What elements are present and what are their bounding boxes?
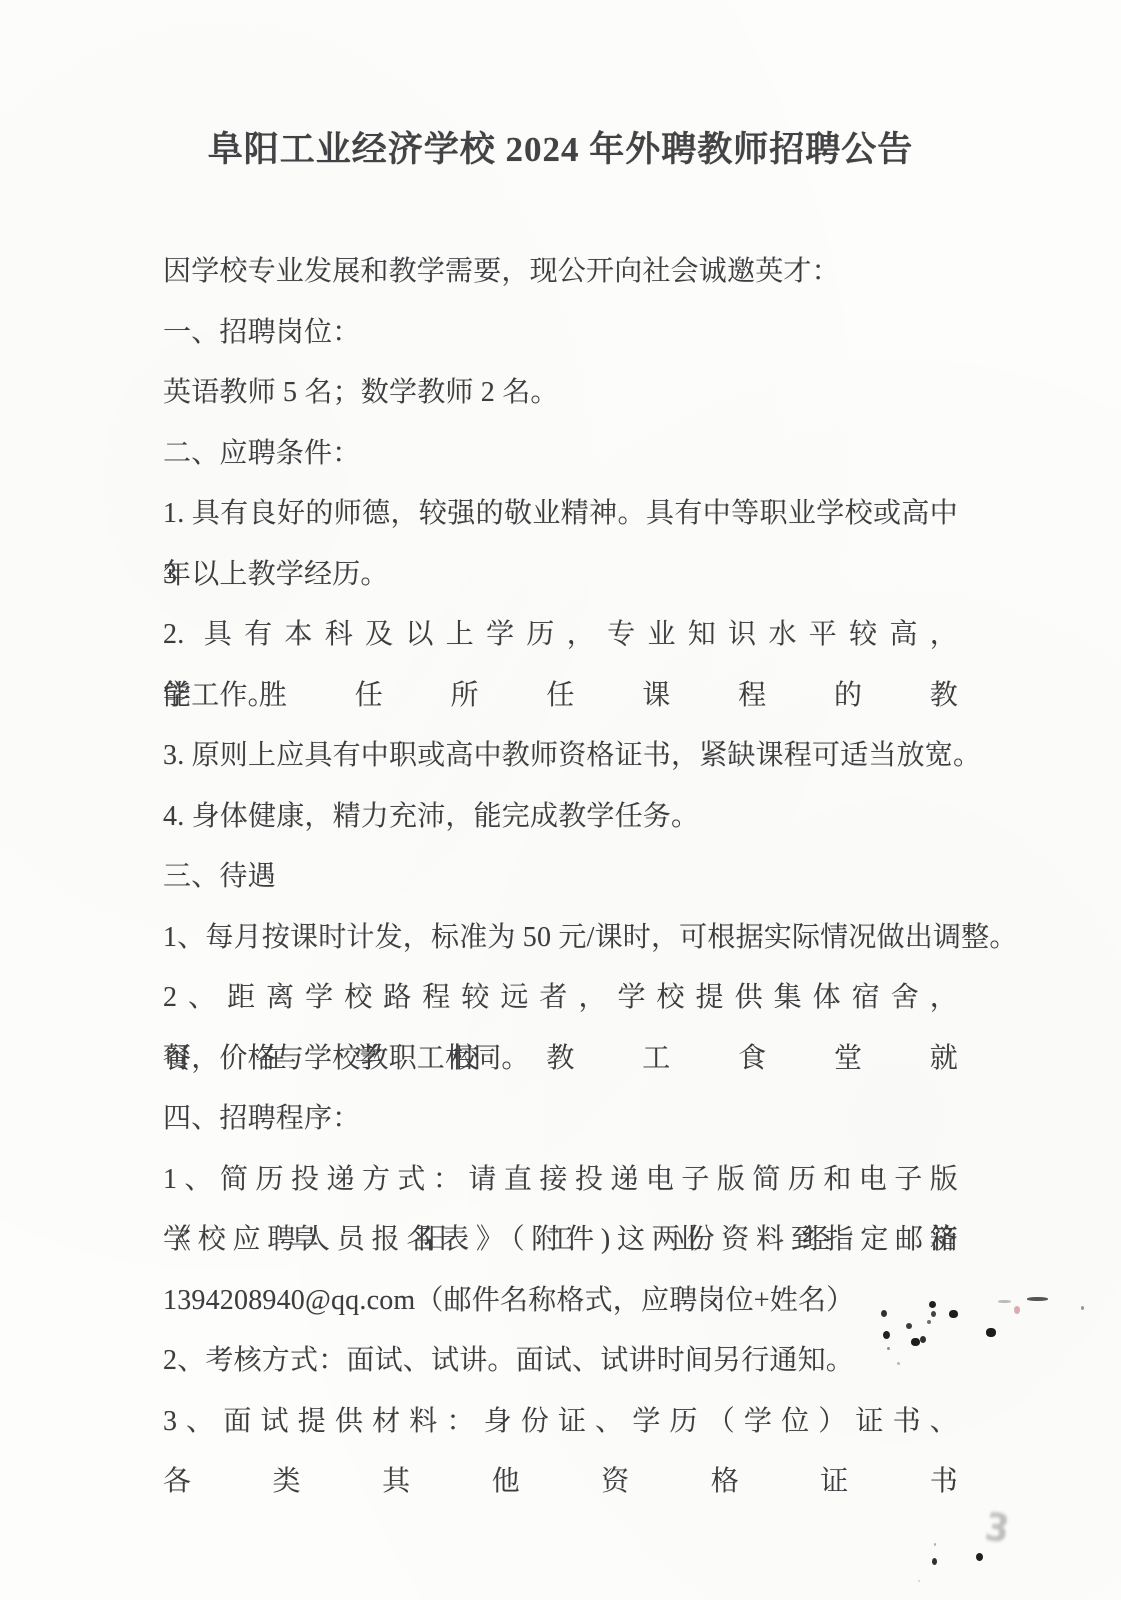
text-line: 英语教师 5 名；数学教师 2 名。 — [163, 363, 958, 424]
ink-speck — [1014, 1306, 1020, 1314]
text-line: 二、应聘条件： — [163, 424, 958, 485]
text-line: 2. 具有本科及以上学历，专业知识水平较高，能胜任所任课程的教 — [163, 605, 958, 666]
text-line: 年以上教学经历。 — [163, 545, 958, 606]
text-line: 4. 身体健康，精力充沛，能完成教学任务。 — [163, 787, 958, 848]
document-title: 阜阳工业经济学校 2024 年外聘教师招聘公告 — [0, 126, 1121, 174]
text-line: 3、面试提供材料：身份证、学历（学位）证书、各类其他资格证书 — [163, 1392, 958, 1453]
ink-smudge: 3 — [982, 1505, 1012, 1552]
text-line: 学校应聘人员报名表》（附件)这两份资料到指定邮箱 — [163, 1210, 958, 1271]
text-line: 1. 具有良好的师德，较强的敬业精神。具有中等职业学校或高中 3 — [163, 484, 958, 545]
text-line: 1、每月按课时计发，标准为 50 元/课时，可根据实际情况做出调整。 — [163, 908, 958, 969]
text-line: 三、待遇 — [163, 847, 958, 908]
ink-speck — [976, 1553, 983, 1561]
document-body: 因学校专业发展和教学需要，现公开向社会诚邀英才： 一、招聘岗位： 英语教师 5 … — [163, 242, 958, 1452]
text-line: 2、考核方式：面试、试讲。面试、试讲时间另行通知。 — [163, 1331, 958, 1392]
text-line: 因学校专业发展和教学需要，现公开向社会诚邀英才： — [163, 242, 958, 303]
text-line: 1、简历投递方式：请直接投递电子版简历和电子版《阜阳工业经济 — [163, 1150, 958, 1211]
text-line: 3. 原则上应具有中职或高中教师资格证书，紧缺课程可适当放宽。 — [163, 726, 958, 787]
ink-speck — [1081, 1306, 1084, 1310]
text-line: 2、距离学校路程较远者，学校提供集体宿舍，可在学校教工食堂就 — [163, 968, 958, 1029]
ink-speck — [918, 1580, 920, 1582]
scanned-document-page: 阜阳工业经济学校 2024 年外聘教师招聘公告 因学校专业发展和教学需要，现公开… — [0, 0, 1121, 1600]
ink-speck — [934, 1543, 936, 1546]
ink-speck — [998, 1300, 1011, 1303]
text-line: 一、招聘岗位： — [163, 303, 958, 364]
ink-speck — [986, 1328, 996, 1337]
ink-speck — [1027, 1297, 1048, 1301]
ink-speck — [932, 1558, 937, 1565]
text-line: 1394208940@qq.com（邮件名称格式，应聘岗位+姓名） — [163, 1271, 958, 1332]
text-line: 四、招聘程序： — [163, 1089, 958, 1150]
